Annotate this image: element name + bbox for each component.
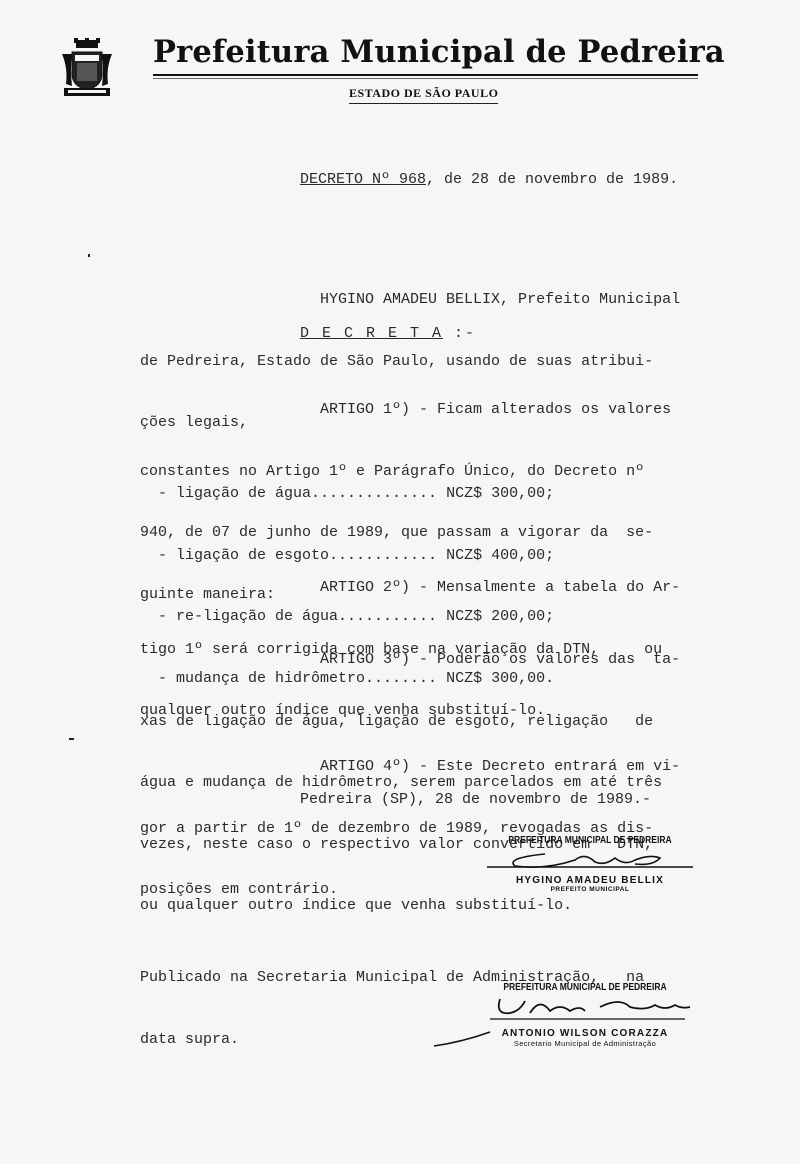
secretary-signature-block: PREFEITURA MUNICIPAL DE PEDREIRA ANTONIO… — [470, 982, 700, 1048]
decree-heading: DECRETO Nº 968, de 28 de novembro de 198… — [300, 170, 678, 191]
article-line: ARTIGO 3º) - Poderão os valores das ta- — [140, 650, 680, 671]
mayor-signature-block: PREFEITURA MUNICIPAL DE PEDREIRA HYGINO … — [485, 835, 695, 893]
fee-item: - ligação de água.............. — [158, 485, 437, 502]
signature-flourish-icon — [432, 1030, 492, 1050]
article-line: ARTIGO 2º) - Mensalmente a tabela do Ar- — [140, 578, 680, 599]
handwritten-signature-icon — [485, 846, 695, 870]
fee-value: 300,00; — [491, 485, 554, 502]
signatory-role: PREFEITO MUNICIPAL — [485, 886, 695, 893]
decree-number: DECRETO Nº 968 — [300, 171, 426, 188]
decreta-suffix: :- — [443, 325, 476, 342]
fee-currency: NCZ$ — [446, 485, 482, 502]
letterhead-rule — [153, 74, 698, 76]
signature-stamp: PREFEITURA MUNICIPAL DE PEDREIRA — [501, 835, 680, 846]
place-and-date: Pedreira (SP), 28 de novembro de 1989.- — [300, 790, 651, 811]
signatory-name: ANTONIO WILSON CORAZZA — [470, 1028, 700, 1039]
letterhead-rule-thin — [153, 78, 698, 79]
decree-date: , de 28 de novembro de 1989. — [426, 171, 678, 188]
scan-speck — [69, 738, 74, 740]
letterhead-subtitle: ESTADO DE SÃO PAULO — [349, 86, 498, 104]
signatory-role: Secretario Municipal de Administração — [470, 1039, 700, 1048]
signature-stamp: PREFEITURA MUNICIPAL DE PEDREIRA — [487, 982, 683, 993]
fee-row: - ligação de água.............. NCZ$ 300… — [158, 484, 554, 505]
signatory-name: HYGINO AMADEU BELLIX — [485, 875, 695, 886]
decreta-heading: D E C R E T A :- — [300, 324, 476, 345]
handwritten-signature-icon — [470, 993, 700, 1023]
decreta-label: D E C R E T A — [300, 325, 443, 342]
municipal-coat-of-arms-icon — [60, 38, 114, 100]
article-line: ARTIGO 1º) - Ficam alterados os valores — [140, 400, 671, 421]
preamble-line: HYGINO AMADEU BELLIX, Prefeito Municipal — [140, 290, 680, 311]
scan-speck — [88, 254, 90, 257]
article-line: ARTIGO 4º) - Este Decreto entrará em vi- — [140, 757, 680, 778]
letterhead-title: Prefeitura Municipal de Pedreira — [153, 34, 713, 70]
